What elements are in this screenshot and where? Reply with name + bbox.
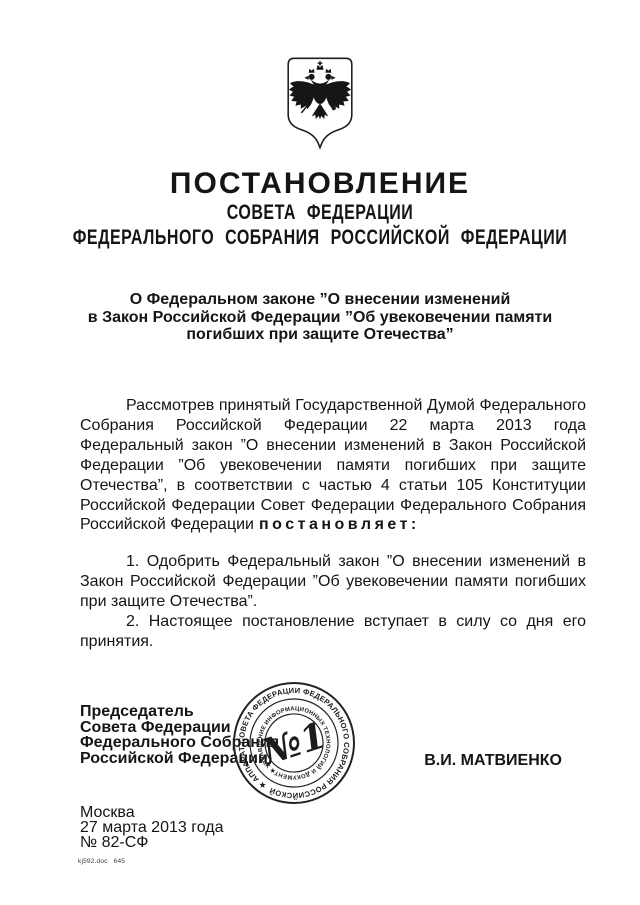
document-body: Рассмотрев принятый Государственной Думо… [80, 396, 586, 652]
subject-line: в Закон Российской Федерации ”Об увекове… [60, 309, 580, 327]
preamble-text: Рассмотрев принятый Государственной Думо… [80, 397, 586, 533]
subject-line: погибших при защите Отечества” [60, 326, 580, 344]
subject-line: О Федеральном законе ”О внесении изменен… [60, 291, 580, 309]
resolution-item-2: 2. Настоящее постановление вступает в си… [80, 612, 586, 652]
double-headed-eagle-icon [289, 61, 351, 119]
resolves-emphasis: постановляет: [259, 516, 420, 533]
doc-number-line: № 82-СФ [80, 835, 223, 850]
org-subtitle-line-2-text: ФЕДЕРАЛЬНОГО СОБРАНИЯ РОССИЙСКОЙ ФЕДЕРАЦ… [73, 227, 567, 250]
resolution-item-1: 1. Одобрить Федеральный закон ”О внесени… [80, 552, 586, 612]
page-title: ПОСТАНОВЛЕНИЕ [0, 167, 640, 201]
org-subtitle-line-2: ФЕДЕРАЛЬНОГО СОБРАНИЯ РОССИЙСКОЙ ФЕДЕРАЦ… [0, 227, 640, 245]
subject-heading: О Федеральном законе ”О внесении изменен… [60, 291, 580, 344]
russia-coat-of-arms-icon [284, 56, 356, 150]
preamble-paragraph: Рассмотрев принятый Государственной Думо… [80, 396, 586, 535]
document-page: ПОСТАНОВЛЕНИЕ СОВЕТА ФЕДЕРАЦИИ ФЕДЕРАЛЬН… [0, 0, 640, 905]
official-stamp: ★ АППАРАТ СОВЕТА ФЕДЕРАЦИИ ФЕДЕРАЛЬНОГО … [219, 668, 368, 817]
org-subtitle-line-1-text: СОВЕТА ФЕДЕРАЦИИ [227, 202, 414, 225]
file-note: kj592.doc 645 [78, 858, 125, 865]
signer-name: В.И. МАТВИЕНКО [380, 752, 562, 770]
date-line: 27 марта 2013 года [80, 820, 223, 835]
org-subtitle-line-1: СОВЕТА ФЕДЕРАЦИИ [0, 202, 640, 220]
issuance-block: Москва 27 марта 2013 года № 82-СФ [80, 805, 223, 851]
place-line: Москва [80, 805, 223, 820]
